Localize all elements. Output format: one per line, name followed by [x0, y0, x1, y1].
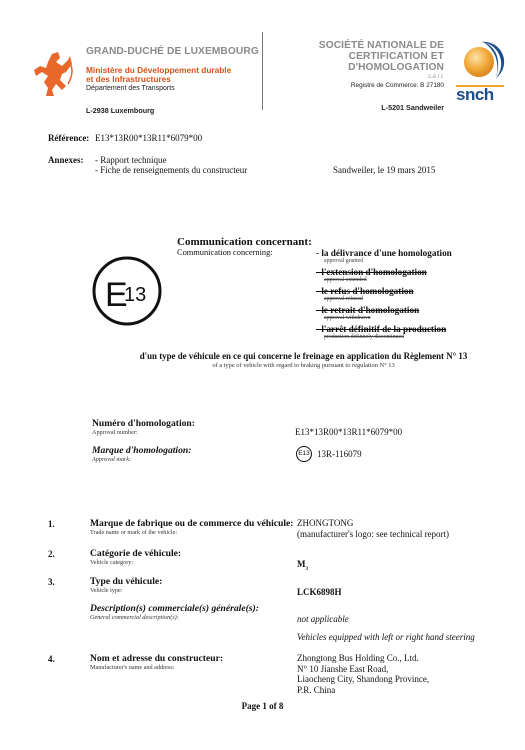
item-value: (manufacturer's logo: see technical repo… [297, 529, 449, 539]
vehicle-type-value: LCK6898H [297, 587, 342, 597]
option-production-discontinued: - l'arrêt définitif de la production pro… [316, 324, 452, 341]
annex-item: - Fiche de renseignements du constructeu… [95, 165, 247, 175]
option-approval-granted: - la délivrance d'une homologation appro… [316, 248, 452, 265]
communication-options: - la délivrance d'une homologation appro… [316, 248, 452, 343]
item-number: 2. [48, 549, 55, 559]
item-label: Type du véhicule: [90, 577, 162, 587]
org-name-2: CERTIFICATION ET D'HOMOLOGATION [270, 51, 444, 73]
item-label-en: General commercial description(s): [90, 614, 179, 622]
orange-sphere-icon [452, 40, 508, 84]
approval-number-value: E13*13R00*13R11*6079*00 [295, 427, 402, 437]
communication-title: Communication concernant: [177, 236, 312, 248]
approval-mark-label: Marque d'homologation: [92, 446, 191, 456]
country-name: GRAND-DUCHÉ DE LUXEMBOURG [86, 46, 259, 57]
approval-number-label: Numéro d'homologation: [92, 419, 195, 429]
item-number: 1. [48, 519, 55, 529]
manufacturer-address: Zhongtong Bus Holding Co., Ltd. N° 10 Ji… [297, 653, 429, 695]
right-address: L-5201 Sandweiler [270, 103, 444, 112]
org-name-1: SOCIÉTÉ NATIONALE DE [270, 40, 444, 51]
e13-circle-mark-icon: E 13 [91, 255, 163, 327]
annexes-label: Annexes: [48, 155, 84, 165]
red-lion-icon [32, 50, 76, 98]
option-approval-refused: - le refus d'homologation approval refus… [316, 286, 452, 303]
item-label-en: Vehicle type: [90, 587, 122, 595]
item-label-en: Manufacturer's name and address: [90, 664, 174, 672]
left-address: L-2938 Luxembourg [86, 106, 154, 115]
item-label: Nom et adresse du constructeur: [90, 654, 223, 664]
item-value: ZHONGTONG [297, 518, 353, 528]
item-value: Vehicles equipped with left or right han… [297, 632, 475, 642]
item-label: Marque de fabrique ou de commerce du véh… [90, 519, 294, 529]
scope-fr: d'un type de véhicule en ce qui concerne… [0, 351, 525, 361]
reference-value: E13*13R00*13R11*6079*00 [95, 133, 202, 143]
svg-text:13: 13 [124, 284, 146, 306]
item-label-en: Vehicle category: [90, 559, 133, 567]
place-date: Sandweiler, le 19 mars 2015 [333, 165, 435, 175]
reference-label: Référence: [48, 133, 89, 143]
item-label-en: Trade name or mark of the vehicle: [90, 529, 177, 537]
approval-mark-value: 13R-116079 [317, 449, 362, 459]
ministry-name-2: et des Infrastructures [86, 75, 171, 85]
annex-item: - Rapport technique [95, 155, 166, 165]
approval-number-label-en: Approval number: [92, 429, 138, 437]
snch-logo: snch [452, 40, 508, 104]
org-suffix: s.à r.l. [270, 73, 444, 81]
option-approval-extended: - l'extension d'homologation approval ex… [316, 267, 452, 284]
logo-text: snch [456, 86, 494, 104]
page-number: Page 1 of 8 [0, 701, 525, 711]
vehicle-category-value: M3 [297, 559, 308, 572]
item-number: 4. [48, 654, 55, 664]
header-divider [262, 32, 263, 110]
communication-subtitle: Communication concerning: [177, 248, 273, 257]
department-name: Département des Transports [86, 85, 175, 92]
item-number: 3. [48, 577, 55, 587]
approval-mark-label-en: Approval mark: [92, 456, 131, 464]
approval-mark-icon: E13 [296, 446, 312, 462]
item-label: Catégorie de véhicule: [90, 549, 181, 559]
commerce-registry: Registre de Commerce: B 27180 [270, 81, 444, 91]
scope-en: of a type of vehicle with regard to brak… [0, 362, 525, 369]
item-label: Description(s) commerciale(s) générale(s… [90, 604, 259, 614]
option-approval-withdrawn: - le retrait d'homologation approval wit… [316, 305, 452, 322]
header-right: SOCIÉTÉ NATIONALE DE CERTIFICATION ET D'… [270, 40, 444, 112]
item-value: not applicable [297, 614, 349, 624]
